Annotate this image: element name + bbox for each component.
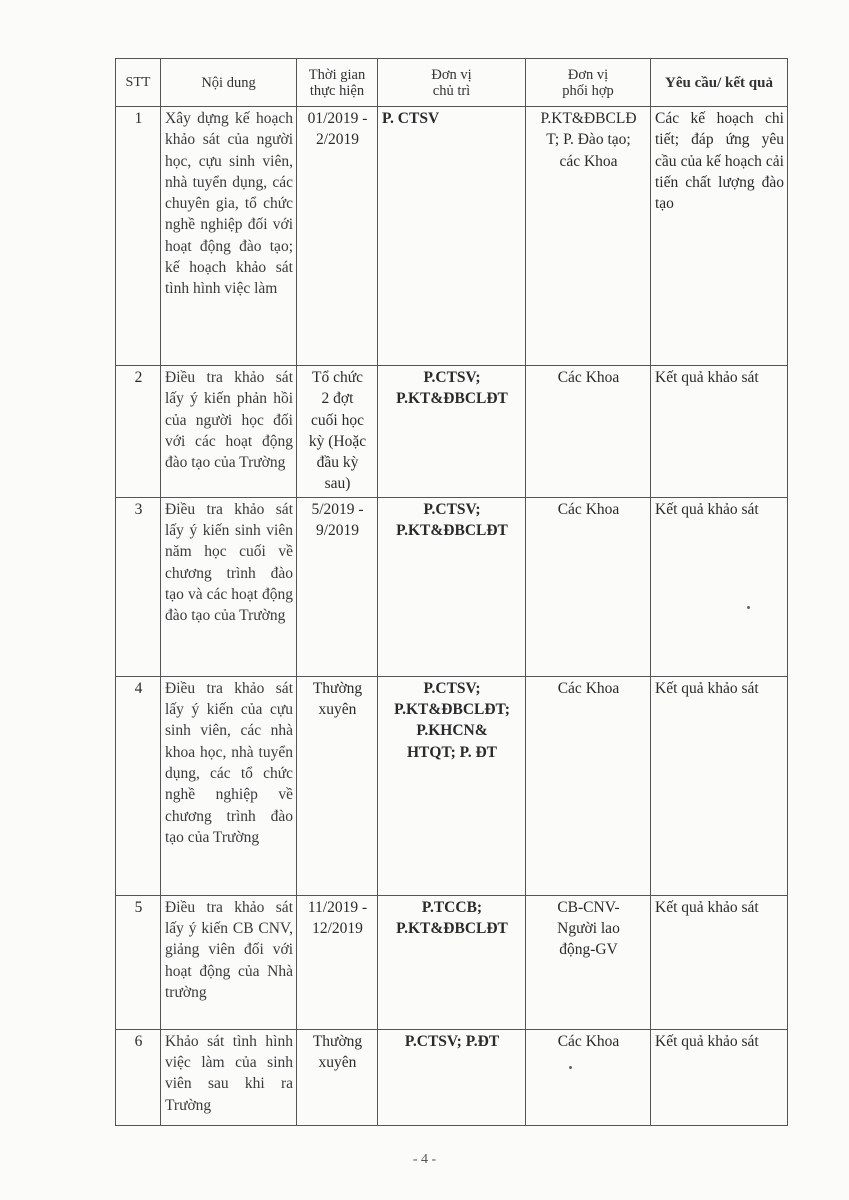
table-header-row: STT Nội dung Thời gian thực hiện Đơn vị … [116, 59, 788, 107]
header-coord-unit: Đơn vị phối hợp [526, 59, 651, 107]
row-result: Kết quả khảo sát [651, 895, 788, 1029]
row-content: Điều tra khảo sát lấy ý kiến phản hồi củ… [161, 366, 297, 498]
row-time: 11/2019 -12/2019 [297, 895, 378, 1029]
header-time-line: thực hiện [299, 83, 375, 99]
table-row: 3Điều tra khảo sát lấy ý kiến sinh viên … [116, 497, 788, 676]
time-line: cuối học [301, 410, 374, 431]
time-line: 01/2019 - [301, 108, 374, 129]
table-row: 1Xây dựng kế hoạch khảo sát của người họ… [116, 107, 788, 366]
time-line: 12/2019 [301, 918, 374, 939]
lead-unit-line: P.CTSV; [382, 367, 522, 388]
time-line: xuyên [301, 699, 374, 720]
time-line: 11/2019 - [301, 897, 374, 918]
row-content: Điều tra khảo sát lấy ý kiến của cựu sin… [161, 676, 297, 895]
time-line: 9/2019 [301, 520, 374, 541]
row-number: 6 [116, 1029, 161, 1125]
coord-unit-line: động-GV [530, 939, 647, 960]
row-coord-unit: Các Khoa [526, 497, 651, 676]
lead-unit-line: P.TCCB; [382, 897, 522, 918]
header-lead-unit: Đơn vị chủ trì [378, 59, 526, 107]
time-line: 2/2019 [301, 129, 374, 150]
lead-unit-line: HTQT; P. ĐT [382, 742, 522, 763]
row-lead-unit: P.CTSV; P.ĐT [378, 1029, 526, 1125]
row-result: Kết quả khảo sát [651, 676, 788, 895]
time-line: xuyên [301, 1052, 374, 1073]
scan-speck [569, 1066, 572, 1069]
lead-unit-line: P.KHCN& [382, 720, 522, 741]
row-result: Kết quả khảo sát [651, 1029, 788, 1125]
coord-unit-line: Các Khoa [530, 367, 647, 388]
row-lead-unit: P.CTSV;P.KT&ĐBCLĐT [378, 366, 526, 498]
header-time: Thời gian thực hiện [297, 59, 378, 107]
header-lead-line: chủ trì [380, 83, 523, 99]
scan-speck [747, 606, 750, 609]
coord-unit-line: Các Khoa [530, 678, 647, 699]
row-time: 5/2019 -9/2019 [297, 497, 378, 676]
time-line: 2 đợt [301, 388, 374, 409]
row-content: Điều tra khảo sát lấy ý kiến CB CNV, giả… [161, 895, 297, 1029]
table-row: 4Điều tra khảo sát lấy ý kiến của cựu si… [116, 676, 788, 895]
coord-unit-line: Các Khoa [530, 499, 647, 520]
table-row: 5Điều tra khảo sát lấy ý kiến CB CNV, gi… [116, 895, 788, 1029]
row-coord-unit: Các Khoa [526, 366, 651, 498]
coord-unit-line: Các Khoa [530, 1031, 647, 1052]
page-number: - 4 - [0, 1152, 849, 1168]
row-content: Xây dựng kế hoạch khảo sát của người học… [161, 107, 297, 366]
header-stt: STT [116, 59, 161, 107]
table-row: 2Điều tra khảo sát lấy ý kiến phản hồi c… [116, 366, 788, 498]
row-time: Thườngxuyên [297, 1029, 378, 1125]
lead-unit-line: P.CTSV; P.ĐT [382, 1031, 522, 1052]
row-lead-unit: P.TCCB;P.KT&ĐBCLĐT [378, 895, 526, 1029]
lead-unit-line: P.CTSV; [382, 678, 522, 699]
row-number: 3 [116, 497, 161, 676]
row-coord-unit: P.KT&ĐBCLĐT; P. Đào tạo;các Khoa [526, 107, 651, 366]
time-line: đầu kỳ [301, 452, 374, 473]
survey-plan-table: STT Nội dung Thời gian thực hiện Đơn vị … [115, 58, 788, 1126]
row-time: Tổ chức2 đợtcuối họckỳ (Hoặcđầu kỳsau) [297, 366, 378, 498]
row-number: 5 [116, 895, 161, 1029]
lead-unit-line: P.CTSV; [382, 499, 522, 520]
time-line: Thường [301, 1031, 374, 1052]
time-line: Thường [301, 678, 374, 699]
row-coord-unit: CB-CNV-Người laođộng-GV [526, 895, 651, 1029]
header-lead-line: Đơn vị [380, 67, 523, 83]
table-row: 6Khảo sát tình hình việc làm của sinh vi… [116, 1029, 788, 1125]
row-result: Các kế hoạch chi tiết; đáp ứng yêu cầu c… [651, 107, 788, 366]
row-number: 1 [116, 107, 161, 366]
time-line: sau) [301, 473, 374, 494]
coord-unit-line: các Khoa [530, 151, 647, 172]
row-number: 2 [116, 366, 161, 498]
row-content: Khảo sát tình hình việc làm của sinh viê… [161, 1029, 297, 1125]
row-number: 4 [116, 676, 161, 895]
time-line: 5/2019 - [301, 499, 374, 520]
row-coord-unit: Các Khoa [526, 676, 651, 895]
row-lead-unit: P. CTSV [378, 107, 526, 366]
lead-unit-line: P.KT&ĐBCLĐT [382, 918, 522, 939]
header-coord-line: phối hợp [528, 83, 648, 99]
lead-unit-line: P.KT&ĐBCLĐT; [382, 699, 522, 720]
lead-unit-line: P.KT&ĐBCLĐT [382, 520, 522, 541]
coord-unit-line: Người lao [530, 918, 647, 939]
time-line: Tổ chức [301, 367, 374, 388]
time-line: kỳ (Hoặc [301, 431, 374, 452]
lead-unit-line: P.KT&ĐBCLĐT [382, 388, 522, 409]
coord-unit-line: T; P. Đào tạo; [530, 129, 647, 150]
header-content: Nội dung [161, 59, 297, 107]
header-result: Yêu cầu/ kết quả [651, 59, 788, 107]
row-result: Kết quả khảo sát [651, 497, 788, 676]
row-lead-unit: P.CTSV;P.KT&ĐBCLĐT;P.KHCN&HTQT; P. ĐT [378, 676, 526, 895]
coord-unit-line: P.KT&ĐBCLĐ [530, 108, 647, 129]
row-content: Điều tra khảo sát lấy ý kiến sinh viên n… [161, 497, 297, 676]
header-coord-line: Đơn vị [528, 67, 648, 83]
coord-unit-line: CB-CNV- [530, 897, 647, 918]
header-time-line: Thời gian [299, 67, 375, 83]
row-time: 01/2019 -2/2019 [297, 107, 378, 366]
row-result: Kết quả khảo sát [651, 366, 788, 498]
row-lead-unit: P.CTSV;P.KT&ĐBCLĐT [378, 497, 526, 676]
lead-unit-line: P. CTSV [382, 108, 522, 129]
document-page: STT Nội dung Thời gian thực hiện Đơn vị … [0, 0, 849, 1200]
row-time: Thườngxuyên [297, 676, 378, 895]
row-coord-unit: Các Khoa [526, 1029, 651, 1125]
